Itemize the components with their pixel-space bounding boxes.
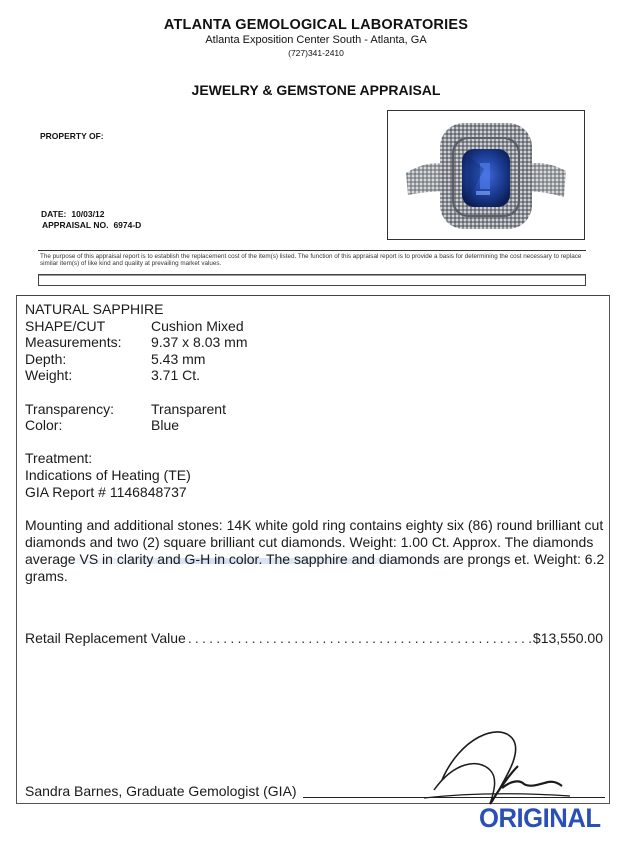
appraisal-number: APPRAISAL NO.6974-D [42, 220, 141, 230]
spec-value: Blue [151, 417, 179, 434]
spec-value: Transparent [151, 401, 226, 418]
spec-label: Color: [25, 417, 151, 434]
ring-icon [388, 111, 584, 239]
spec-label: Weight: [25, 367, 151, 384]
value-label: Retail Replacement Value [25, 630, 186, 646]
treatment-value: Indications of Heating (TE) [25, 467, 248, 484]
lab-phone: (727)341-2410 [0, 48, 632, 58]
appraiser-name: Sandra Barnes, Graduate Gemologist (GIA) [25, 783, 297, 799]
property-of: PROPERTY OF: [40, 131, 104, 141]
spec-label: Measurements: [25, 334, 151, 351]
spec-row: SHAPE/CUTCushion Mixed [25, 318, 248, 335]
spec-label: Transparency: [25, 401, 151, 418]
spec-value: 5.43 mm [151, 351, 205, 368]
gemstone-optics: Transparency:TransparentColor:Blue [25, 401, 248, 434]
spec-value: 9.37 x 8.03 mm [151, 334, 248, 351]
appraisal-date: DATE:10/03/12 [41, 209, 104, 219]
blank-field-bar [38, 274, 586, 286]
signature-icon [420, 718, 580, 813]
spec-row: Depth:5.43 mm [25, 351, 248, 368]
spec-row: Color:Blue [25, 417, 248, 434]
spec-row: Weight:3.71 Ct. [25, 367, 248, 384]
mounting-description: Mounting and additional stones: 14K whit… [25, 517, 610, 585]
date-label: DATE: [41, 209, 66, 219]
spec-label: SHAPE/CUT [25, 318, 151, 335]
value-amount: $13,550.00 [533, 630, 603, 646]
property-of-label: PROPERTY OF: [40, 131, 104, 141]
lab-name: ATLANTA GEMOLOGICAL LABORATORIES [0, 17, 632, 33]
original-stamp: ORIGINAL [479, 803, 601, 834]
appraisal-no-value: 6974-D [113, 220, 141, 230]
lab-address: Atlanta Exposition Center South - Atlant… [0, 34, 632, 46]
sapphire-ring-photo [387, 110, 585, 240]
gemstone-name: NATURAL SAPPHIRE [25, 301, 248, 318]
gemstone-details: NATURAL SAPPHIRE SHAPE/CUTCushion MixedM… [25, 301, 248, 500]
treatment-label: Treatment: [25, 450, 248, 467]
section-divider [38, 250, 586, 251]
appraisal-no-label: APPRAISAL NO. [42, 220, 108, 230]
spec-value: Cushion Mixed [151, 318, 244, 335]
spec-row: Measurements:9.37 x 8.03 mm [25, 334, 248, 351]
date-value: 10/03/12 [71, 209, 104, 219]
gemstone-specs: SHAPE/CUTCushion MixedMeasurements:9.37 … [25, 318, 248, 384]
spec-row: Transparency:Transparent [25, 401, 248, 418]
document-title: JEWELRY & GEMSTONE APPRAISAL [0, 82, 632, 98]
gia-report-number: GIA Report # 1146848737 [25, 484, 248, 501]
spec-value: 3.71 Ct. [151, 367, 200, 384]
retail-replacement-value: Retail Replacement Value ...............… [25, 630, 603, 646]
spec-label: Depth: [25, 351, 151, 368]
dot-leader: ........................................… [188, 630, 531, 646]
purpose-statement: The purpose of this appraisal report is … [40, 253, 600, 268]
